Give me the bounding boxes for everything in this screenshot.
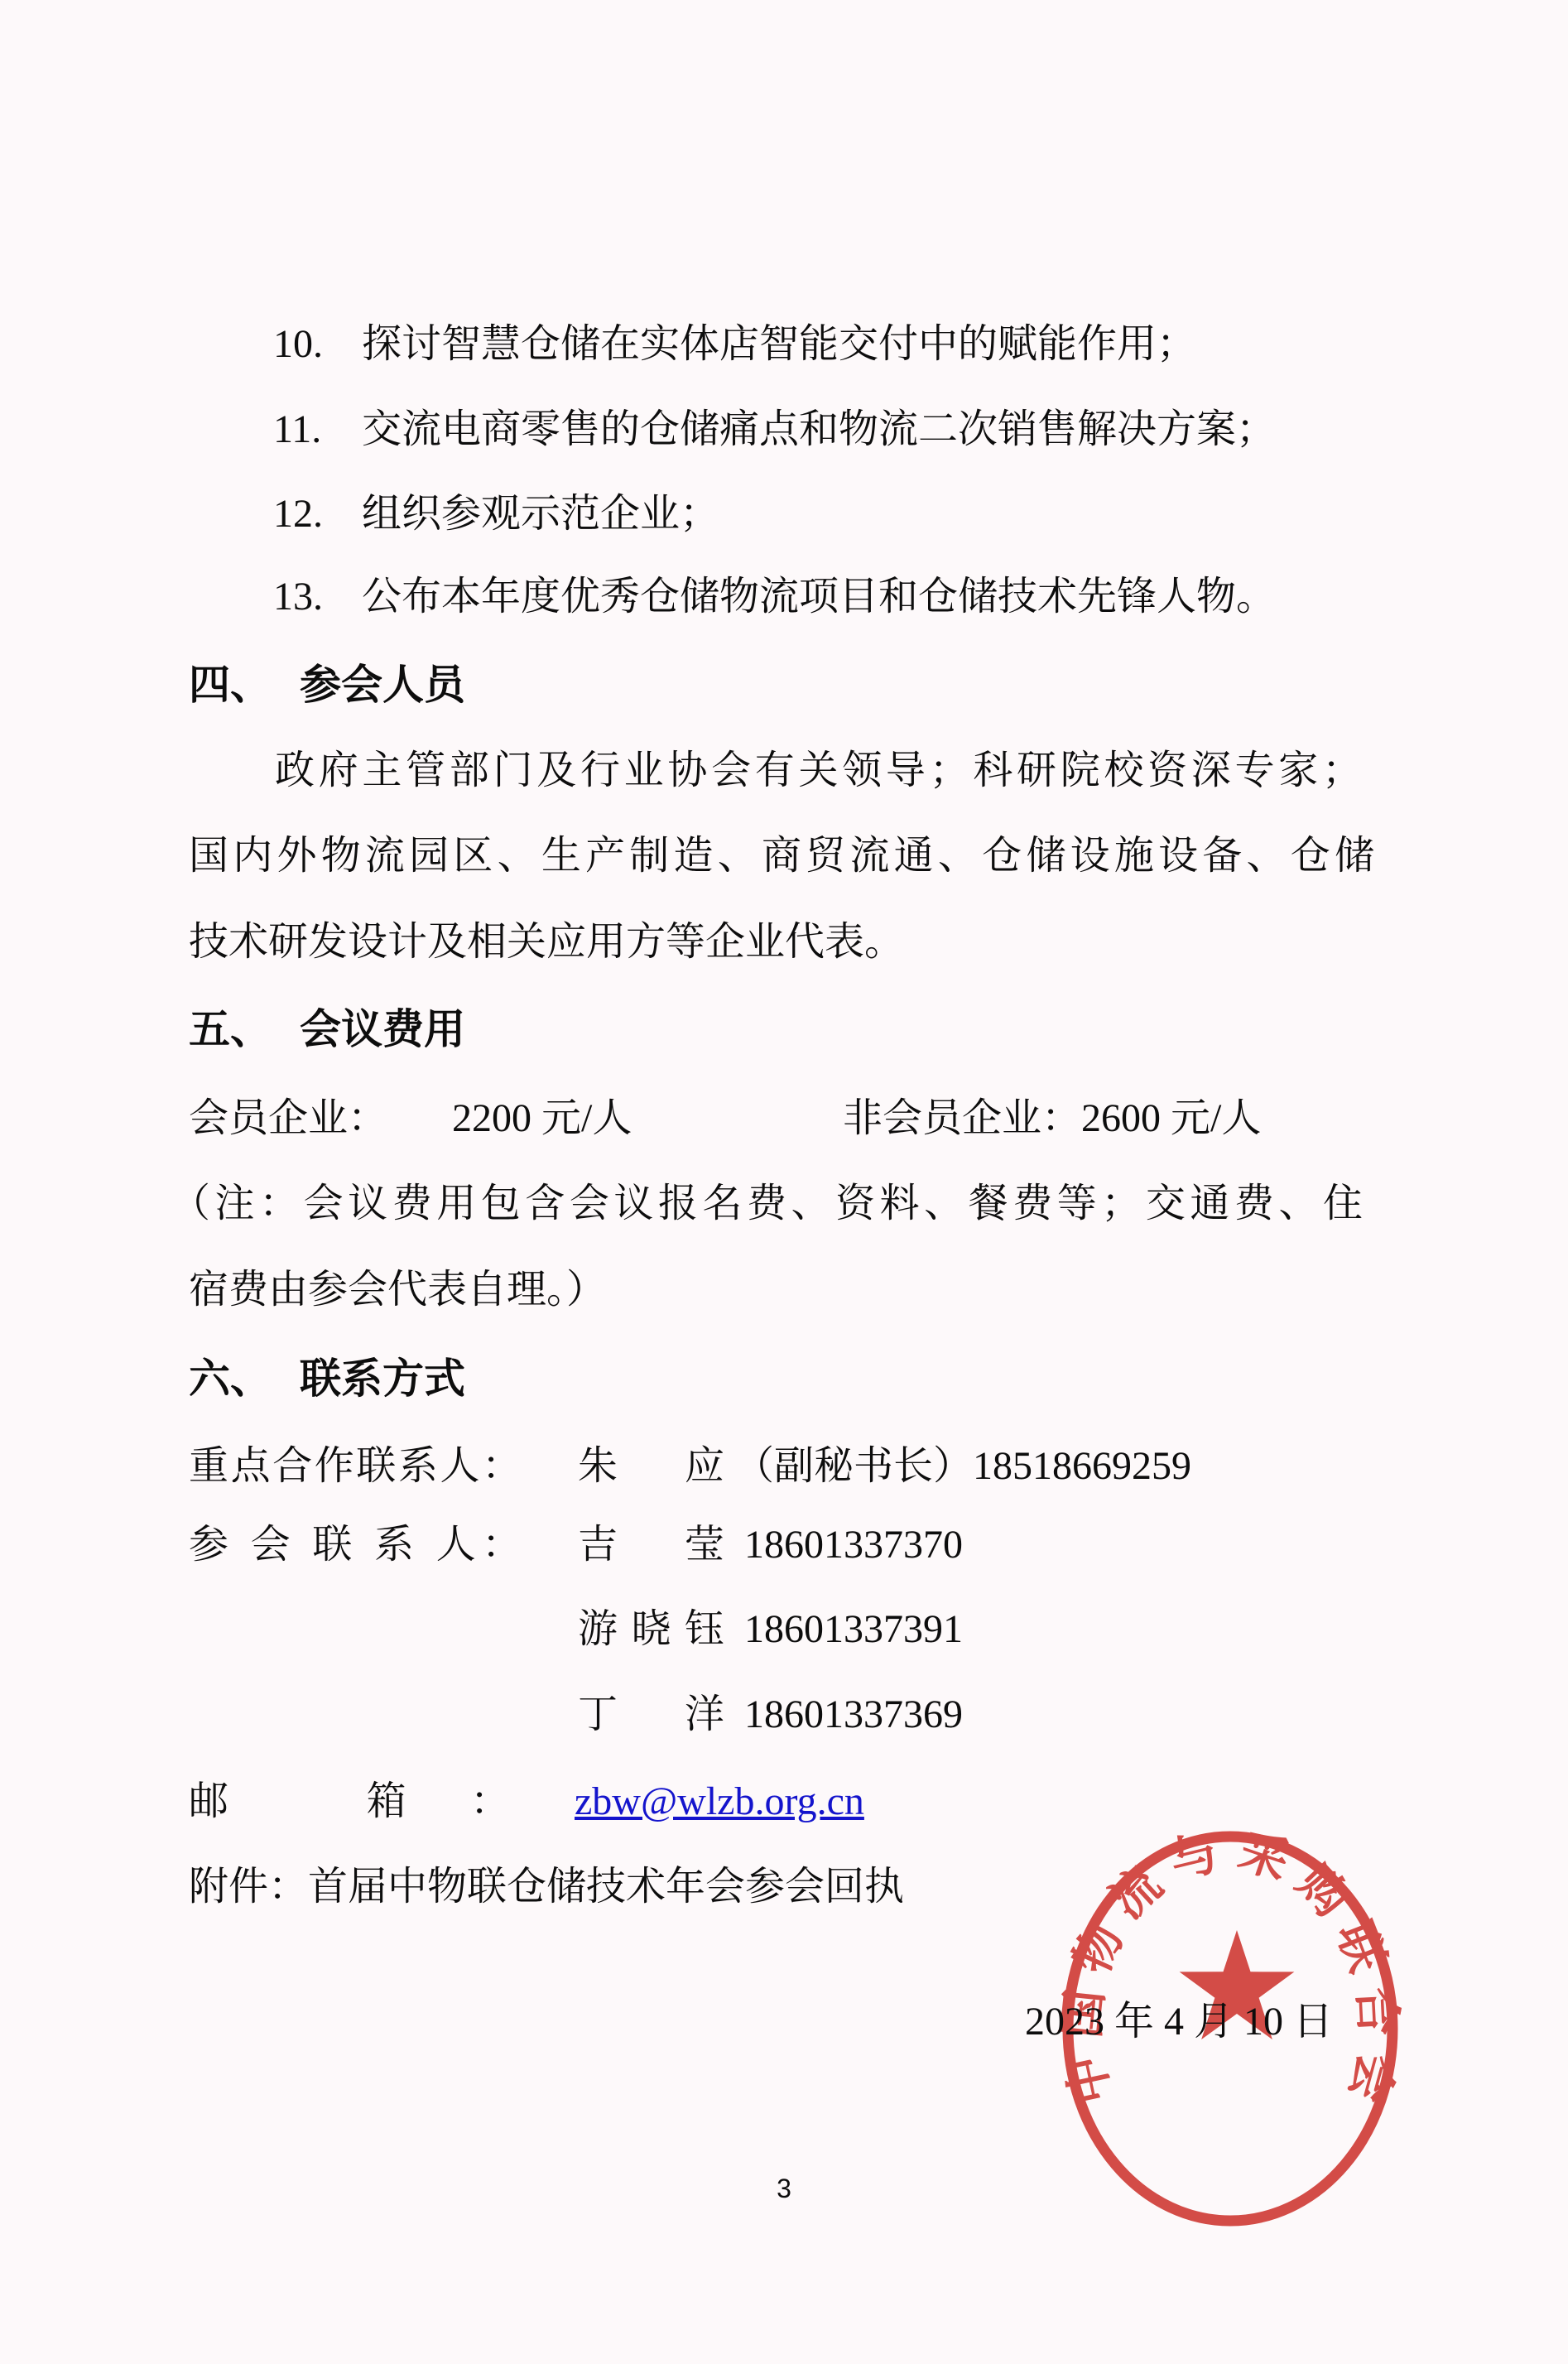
contact-label: 重点合作联系人：: [189, 1443, 522, 1489]
contact-name: 游晓钰: [578, 1606, 724, 1652]
list-item: 11.交流电商零售的仓储痛点和物流二次销售解决方案；: [273, 407, 1276, 452]
section-number: 五、: [189, 1006, 300, 1054]
contact-label: 参 会 联 系 人：: [189, 1522, 522, 1567]
document-page: 10.探讨智慧仓储在实体店智能交付中的赋能作用； 11.交流电商零售的仓储痛点和…: [0, 0, 1568, 2364]
contact-phone: 18518669259: [973, 1444, 1191, 1488]
attachment-line: 附件：首届中物联仓储技术年会参会回执: [189, 1864, 904, 1909]
list-item: 10.探讨智慧仓储在实体店智能交付中的赋能作用；: [273, 321, 1196, 367]
list-item-text: 组织参观示范企业；: [362, 492, 719, 536]
email-row: 邮 箱：zbw@wlzb.org.cn: [189, 1779, 864, 1824]
participants-paragraph-line2: 国内外物流园区、生产制造、商贸流通、仓储设施设备、仓储: [189, 833, 1374, 879]
list-item-text: 交流电商零售的仓储痛点和物流二次销售解决方案；: [362, 407, 1276, 451]
section-title: 参会人员: [300, 662, 465, 708]
participants-paragraph-line3: 技术研发设计及相关应用方等企业代表。: [189, 919, 904, 965]
contact-name: 丁 洋: [578, 1692, 724, 1737]
list-item-number: 11.: [273, 407, 362, 452]
contact-phone: 18601337370: [744, 1523, 963, 1567]
section-heading-participants: 四、参会人员: [189, 662, 465, 710]
nonmember-fee: 非会员企业：2600 元/人: [843, 1095, 1261, 1141]
member-fee-label: 会员企业：: [189, 1095, 387, 1141]
fee-note-line2: 宿费由参会代表自理。）: [189, 1267, 606, 1312]
contact-row: 丁 洋18601337369: [189, 1692, 963, 1737]
section-title: 会议费用: [300, 1006, 465, 1052]
list-item-number: 13.: [273, 574, 362, 619]
list-item-number: 10.: [273, 321, 362, 367]
section-number: 四、: [189, 662, 300, 710]
contact-title: （副秘书长）: [734, 1444, 973, 1488]
section-title: 联系方式: [300, 1355, 465, 1402]
contact-row: 游晓钰18601337391: [189, 1606, 963, 1652]
contact-row: 参 会 联 系 人：吉 莹18601337370: [189, 1522, 963, 1567]
list-item-text: 探讨智慧仓储在实体店智能交付中的赋能作用；: [362, 322, 1196, 366]
contact-name: 朱 应: [578, 1443, 724, 1489]
list-item: 12.组织参观示范企业；: [273, 491, 719, 537]
contact-row: 重点合作联系人：朱 应（副秘书长）18518669259: [189, 1443, 1191, 1489]
member-fee-value: 2200 元/人: [452, 1095, 632, 1141]
contact-phone: 18601337369: [744, 1692, 963, 1736]
participants-paragraph-line1: 政府主管部门及行业协会有关领导；科研院校资深专家；: [275, 748, 1362, 793]
contact-phone: 18601337391: [744, 1607, 963, 1651]
email-label: 邮 箱：: [189, 1779, 510, 1824]
email-link[interactable]: zbw@wlzb.org.cn: [575, 1779, 864, 1823]
list-item-text: 公布本年度优秀仓储物流项目和仓储技术先锋人物。: [362, 575, 1276, 619]
section-heading-contact: 六、联系方式: [189, 1355, 465, 1403]
document-date: 2023 年 4 月 10 日: [1025, 1999, 1333, 2044]
list-item: 13.公布本年度优秀仓储物流项目和仓储技术先锋人物。: [273, 574, 1276, 619]
contact-name: 吉 莹: [578, 1522, 724, 1567]
fee-note-line1: （注：会议费用包含会议报名费、资料、餐费等；交通费、住: [171, 1181, 1363, 1226]
list-item-number: 12.: [273, 491, 362, 537]
section-heading-fees: 五、会议费用: [189, 1006, 465, 1054]
section-number: 六、: [189, 1355, 300, 1403]
